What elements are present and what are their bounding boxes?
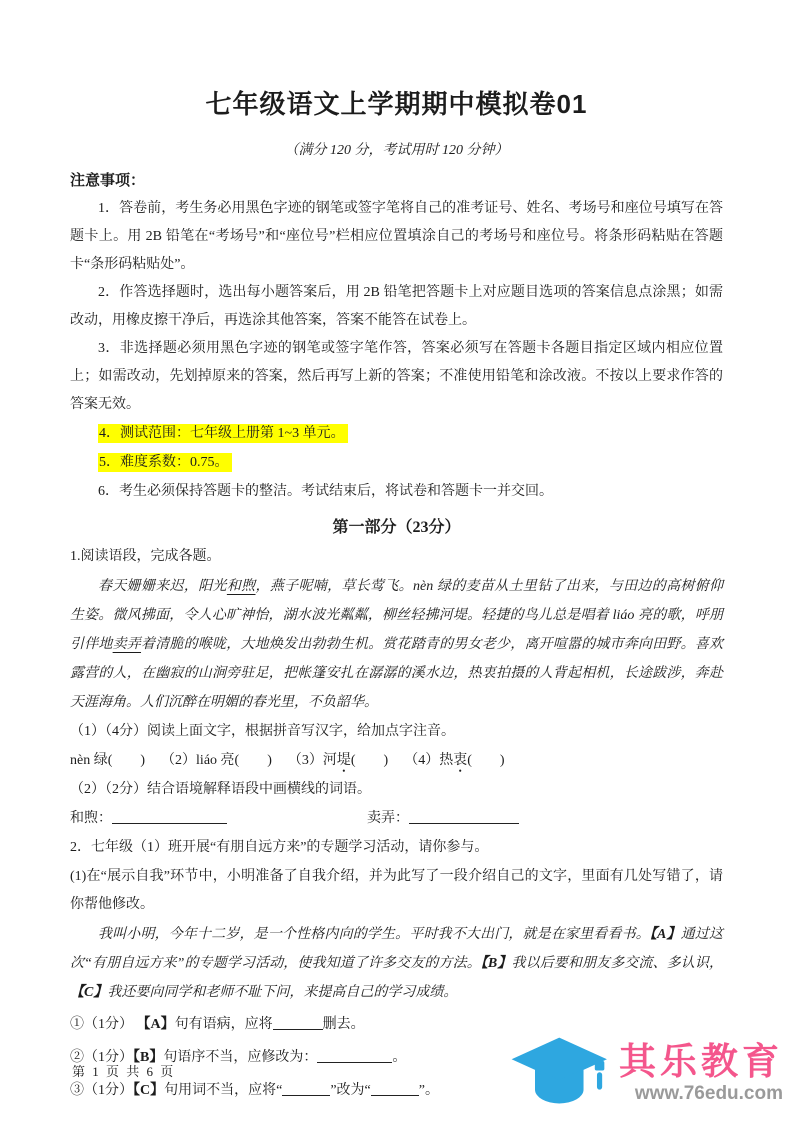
word-hexu-label: 和煦： [70, 811, 112, 826]
answer-paren-blank: ( ) [235, 753, 272, 768]
correction-num: ①（1分） [70, 1017, 137, 1032]
pinyin-item-2: （2）liáo 亮( ) [161, 753, 272, 768]
marker-c: 【C】 [70, 985, 107, 1000]
brand-logo: 其乐教育 www.76edu.com [509, 1034, 783, 1114]
reading-passage: 春天姗姗来迟，阳光和煦，燕子呢喃，草长莺飞。nèn 绿的麦苗从土里钻了出来，与田… [70, 572, 723, 717]
graduation-cap-icon [509, 1034, 613, 1114]
answer-paren-blank: ( ) [351, 753, 388, 768]
q1-sub1-label: （1）（4分）阅读上面文字，根据拼音写汉字，给加点字注音。 [70, 718, 723, 746]
brand-text-block: 其乐教育 www.76edu.com [619, 1042, 783, 1105]
answer-blank [317, 1049, 392, 1063]
correction-text: 删去。 [323, 1017, 365, 1032]
pinyin-word: （3）河 [288, 753, 337, 768]
answer-paren-blank: ( ) [467, 753, 504, 768]
answer-blank [371, 1082, 419, 1096]
notice-item-3: 3．非选择题必须用黑色字迹的钢笔或签字笔作答，答案必须写在答题卡各题目指定区域内… [70, 335, 723, 419]
q1-sub2-label: （2）（2分）结合语境解释语段中画横线的词语。 [70, 776, 723, 804]
pinyin-word: （4）热 [404, 753, 453, 768]
highlighted-test-range: 4．测试范围：七年级上册第 1~3 单元。 [98, 424, 348, 443]
marker-a: 【A】 [650, 927, 681, 942]
dotted-char-zhong: 衷 [453, 753, 467, 768]
correction-text: 句语序不当，应修改为： [163, 1050, 317, 1065]
question-2-label: 2．七年级（1）班开展“有朋自远方来”的专题学习活动，请你参与。 [70, 834, 723, 862]
q2-part1-text: (1)在“展示自我”环节中，小明准备了自我介绍，并为此写了一段介绍自己的文字，里… [70, 863, 723, 919]
answer-blank [273, 1016, 323, 1030]
underlined-word-hexu: 和煦 [227, 579, 256, 594]
intro-text: 我以后要和朋友多交流、多认识， [511, 956, 723, 971]
section-heading: 第一部分（23分） [70, 514, 723, 537]
self-intro-passage: 我叫小明，今年十二岁，是一个性格内向的学生。平时我不大出门，就是在家里看看书。【… [70, 920, 723, 1007]
correction-text: ”改为“ [330, 1083, 370, 1098]
question-1-label: 1.阅读语段，完成各题。 [70, 543, 723, 571]
answer-paren-blank: ( ) [108, 753, 145, 768]
word-mainong-label: 卖弄： [367, 811, 409, 826]
notice-item-2: 2．作答选择题时，选出每小题答案后，用 2B 铅笔把答题卡上对应题目选项的答案信… [70, 279, 723, 335]
page-title: 七年级语文上学期期中模拟卷01 [70, 84, 723, 121]
correction-text: ”。 [419, 1083, 439, 1098]
answer-blank [112, 810, 227, 824]
intro-text: 我叫小明，今年十二岁，是一个性格内向的学生。平时我不大出门，就是在家里看看书。 [98, 927, 650, 942]
page-footer: 第 1 页 共 6 页 [72, 1061, 175, 1080]
notice-heading: 注意事项： [70, 169, 723, 190]
correction-text: 。 [392, 1050, 406, 1065]
exam-page: 七年级语文上学期期中模拟卷01 （满分 120 分，考试用时 120 分钟） 注… [0, 0, 793, 1122]
marker-c: 【C】 [133, 1083, 164, 1098]
exam-subtitle: （满分 120 分，考试用时 120 分钟） [70, 139, 723, 159]
brand-url: www.76edu.com [635, 1083, 783, 1106]
correction-num: ③（1分） [70, 1083, 133, 1098]
notice-item-1: 1．答卷前，考生务必用黑色字迹的钢笔或签字笔将自己的准考证号、姓名、考场号和座位… [70, 195, 723, 279]
notice-item-6: 6．考生必须保持答题卡的整洁。考试结束后，将试卷和答题卡一并交回。 [70, 478, 723, 506]
pinyin-word: （2）liáo 亮 [161, 753, 235, 768]
highlighted-difficulty: 5．难度系数：0.75。 [98, 453, 232, 472]
answer-blank [409, 810, 519, 824]
pinyin-item-3: （3）河堤( ) [288, 753, 388, 768]
brand-name: 其乐教育 [619, 1042, 783, 1083]
pinyin-blank-line: nèn 绿( )（2）liáo 亮( )（3）河堤( )（4）热衷( ) [70, 747, 723, 775]
intro-text: 我还要向同学和老师不耻下问，来提高自己的学习成绩。 [107, 985, 457, 1000]
definition-blanks-line: 和煦：卖弄： [70, 805, 723, 833]
passage-text: 春天姗姗来迟，阳光 [98, 579, 227, 594]
pinyin-item-4: （4）热衷( ) [404, 753, 504, 768]
marker-b: 【B】 [481, 956, 512, 971]
correction-text: 句有语病，应将 [175, 1017, 273, 1032]
answer-blank [282, 1082, 330, 1096]
pinyin-word: nèn 绿 [70, 753, 108, 768]
dotted-char-di: 堤 [337, 753, 351, 768]
pinyin-item-1: nèn 绿( ) [70, 753, 145, 768]
correction-text: 句用词不当，应将“ [164, 1083, 282, 1098]
passage-text: 着清脆的喉咙，大地焕发出勃勃生机。赏花踏青的男女老少，离开喧嚣的城市奔向田野。喜… [70, 637, 723, 710]
notice-item-5: 5．难度系数：0.75。 [70, 449, 723, 477]
notice-item-4: 4．测试范围：七年级上册第 1~3 单元。 [70, 420, 723, 448]
marker-a: 【A】 [137, 1017, 175, 1032]
underlined-word-mainong: 卖弄 [113, 637, 141, 652]
